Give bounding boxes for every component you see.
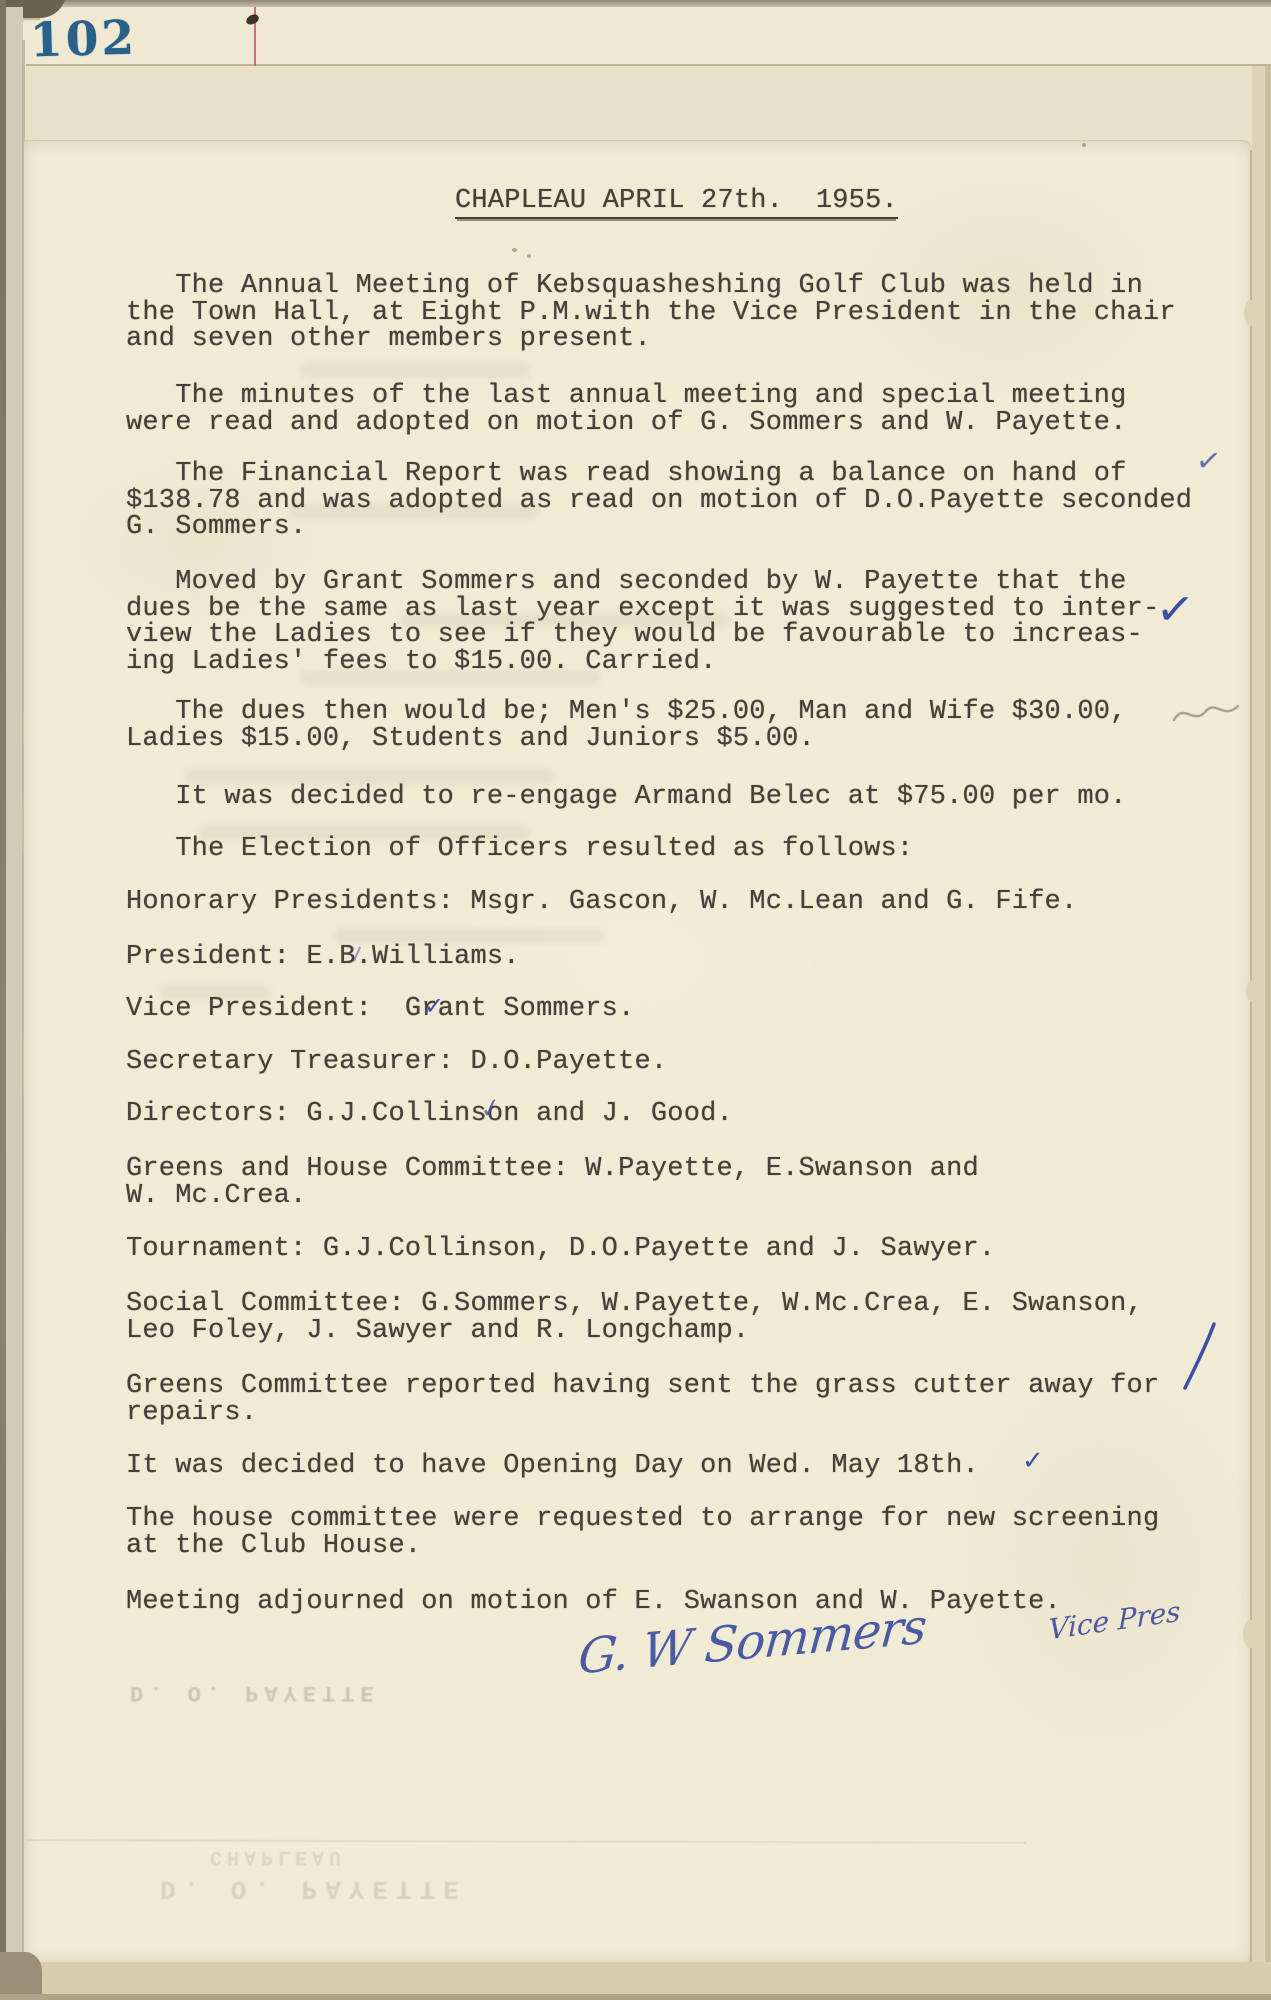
- line-opening-day: It was decided to have Opening Day on We…: [126, 1453, 979, 1480]
- bleedthrough-payette-bottom: D. O. PAYETTE: [160, 1874, 467, 1904]
- ledger-top-rule: [26, 64, 1271, 66]
- edge-notch: [1246, 980, 1258, 1002]
- para-dues-amounts: The dues then would be; Men's $25.00, Ma…: [126, 699, 1127, 752]
- page-number-stamp: 102: [29, 11, 138, 69]
- paper-speck: [527, 254, 531, 258]
- line-greens-house-committee: Greens and House Committee: W.Payette, E…: [126, 1156, 979, 1209]
- ledger-top-area: [0, 0, 1271, 66]
- line-social-committee: Social Committee: G.Sommers, W.Payette, …: [126, 1291, 1143, 1344]
- bleedthrough-chapleau: CHAPLEAU: [210, 1845, 346, 1868]
- line-tournament-committee: Tournament: G.J.Collinson, D.O.Payette a…: [126, 1236, 995, 1263]
- line-vice-president: Vice President: Grant Sommers.: [126, 996, 634, 1023]
- page-bottom-edge: [0, 1994, 1271, 2000]
- ledger-right-edge: [1265, 66, 1271, 2000]
- line-directors: Directors: G.J.Collinson and J. Good.: [126, 1101, 733, 1128]
- para-financial-report: The Financial Report was read showing a …: [126, 461, 1192, 541]
- para-reengage-belec: It was decided to re-engage Armand Belec…: [126, 784, 1127, 811]
- sheet-right-edge: [1250, 150, 1252, 1962]
- line-honorary-presidents: Honorary Presidents: Msgr. Gascon, W. Mc…: [126, 889, 1077, 916]
- checkmark-dues-increase: ✓: [1153, 580, 1197, 638]
- edge-notch: [1243, 1620, 1258, 1648]
- para-election-heading: The Election of Officers resulted as fol…: [126, 836, 913, 863]
- para-annual-meeting: The Annual Meeting of Kebsquasheshing Go…: [126, 273, 1176, 353]
- edge-notch: [1244, 300, 1258, 326]
- line-president: President: E.B.Williams.: [126, 944, 520, 971]
- scanned-minutes-page: 102 CHAPLEAU APRIL 27th. 1955. The Annua…: [0, 0, 1271, 2000]
- bottom-left-wear: [0, 1952, 42, 2000]
- line-house-screening: The house committee were requested to ar…: [126, 1506, 1159, 1559]
- binding-edge-gray: [6, 7, 23, 2000]
- ink-slash-greens-report: [1180, 1320, 1220, 1392]
- bleedthrough-smudge: [300, 363, 530, 378]
- para-dues-motion: Moved by Grant Sommers and seconded by W…: [126, 569, 1159, 675]
- para-minutes-adopted: The minutes of the last annual meeting a…: [126, 383, 1127, 436]
- checkmark-financial-report: ✓: [1194, 442, 1224, 480]
- document-title: CHAPLEAU APRIL 27th. 1955.: [455, 188, 898, 219]
- paper-speck: [1082, 143, 1086, 147]
- page-top-edge: [0, 0, 1271, 7]
- bleedthrough-payette-top: D. O. PAYETTE: [130, 1680, 380, 1705]
- checkmark-vice-president: ✓: [424, 992, 444, 1020]
- pencil-scribble: [1170, 698, 1242, 734]
- checkmark-opening-day: ✓: [1022, 1446, 1044, 1476]
- line-greens-report: Greens Committee reported having sent th…: [126, 1373, 1159, 1426]
- line-secretary-treasurer: Secretary Treasurer: D.O.Payette.: [126, 1049, 667, 1076]
- paper-speck: [512, 248, 517, 252]
- bleedthrough-smudge: [335, 929, 605, 943]
